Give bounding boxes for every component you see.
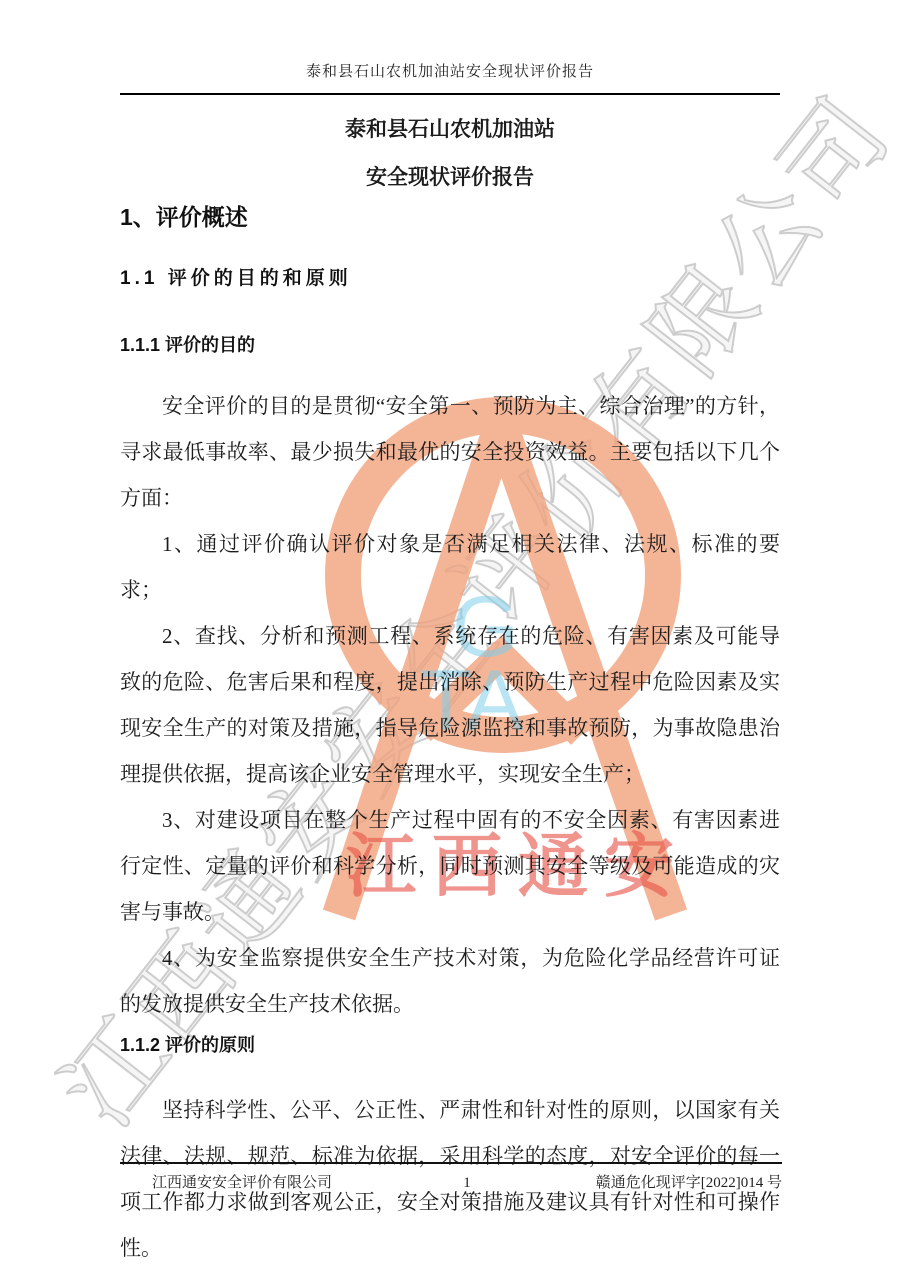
paragraph-purpose-intro: 安全评价的目的是贯彻“安全第一、预防为主、综合治理”的方针，寻求最低事故率、最少… (120, 383, 780, 521)
heading-purpose: 1.1.1 评价的目的 (120, 333, 780, 357)
document-title-line1: 泰和县石山农机加油站 (120, 116, 780, 142)
page-footer: 江西通安安全评价有限公司 1 赣通危化现评字[2022]014 号 (120, 1162, 782, 1192)
paragraph-item-2: 2、查找、分析和预测工程、系统存在的危险、有害因素及可能导致的危险、危害后果和程… (120, 613, 780, 797)
footer-page-number: 1 (447, 1175, 487, 1192)
heading-principles: 1.1.2 评价的原则 (120, 1033, 780, 1057)
document-page: 江西通安安全评价有限公司 G TA 江西通安 泰和县石山农机加油站安全现状评价报… (0, 0, 900, 1272)
footer-company-name: 江西通安安全评价有限公司 (120, 1171, 447, 1192)
paragraph-item-1: 1、通过评价确认评价对象是否满足相关法律、法规、标准的要求； (120, 521, 780, 613)
running-header: 泰和县石山农机加油站安全现状评价报告 (120, 0, 780, 80)
heading-purpose-and-principles: 1.1 评价的目的和原则 (120, 267, 780, 291)
footer-document-number: 赣通危化现评字[2022]014 号 (487, 1171, 782, 1192)
document-title-line2: 安全现状评价报告 (120, 164, 780, 190)
heading-overview: 1、评价概述 (120, 203, 780, 231)
document-content: 泰和县石山农机加油站安全现状评价报告 泰和县石山农机加油站 安全现状评价报告 1… (0, 0, 900, 1271)
header-rule (120, 93, 780, 95)
paragraph-item-4: 4、为安全监察提供安全生产技术对策，为危险化学品经营许可证的发放提供安全生产技术… (120, 935, 780, 1027)
paragraph-item-3: 3、对建设项目在整个生产过程中固有的不安全因素、有害因素进行定性、定量的评价和科… (120, 797, 780, 935)
